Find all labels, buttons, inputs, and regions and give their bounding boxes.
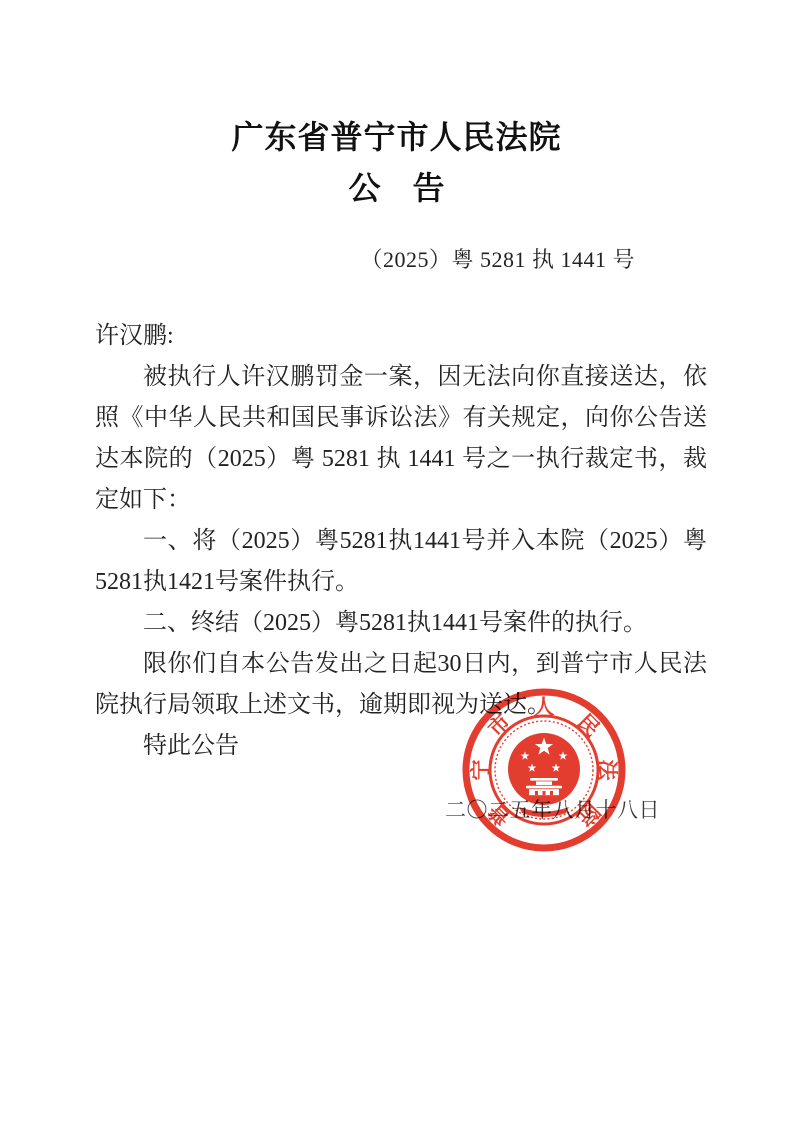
body-paragraph: 被执行人许汉鹏罚金一案，因无法向你直接送达，依照《中华人民共和国民事诉讼法》有关… [95,357,707,521]
case-number: （2025）粤 5281 执 1441 号 [360,243,635,274]
recipient-name: 许汉鹏: [95,316,707,357]
gate-doors [535,791,553,795]
body-paragraph: 一、将（2025）粤5281执1441号并入本院（2025）粤5281执1421… [95,521,707,603]
court-name-title: 广东省普宁市人民法院 [0,112,793,158]
body-paragraph: 二、终结（2025）粤5281执1441号案件的执行。 [95,603,707,644]
notice-title: 公 告 [0,163,793,209]
document-page: 广东省普宁市人民法院 公 告 （2025）粤 5281 执 1441 号 许汉鹏… [0,0,793,1122]
national-emblem-icon [490,716,598,824]
court-seal: 普 宁 市 人 民 法 院 [459,685,629,855]
